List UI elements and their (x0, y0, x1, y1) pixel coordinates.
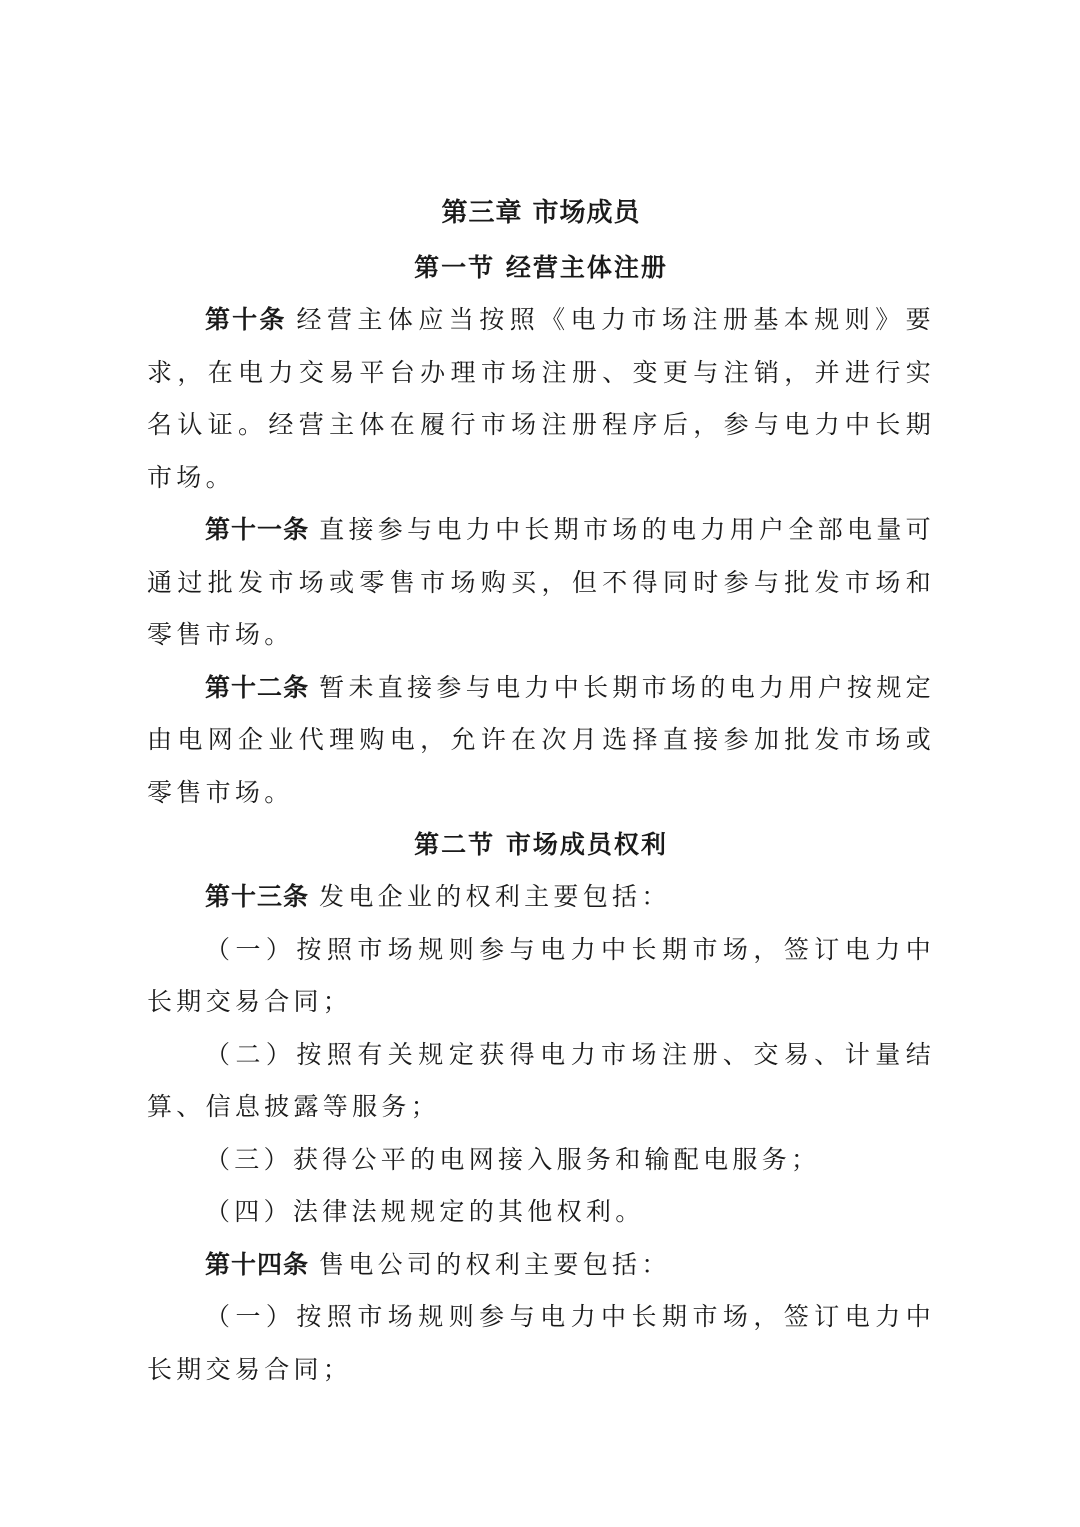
document-page: 第三章 市场成员 第一节 经营主体注册 第十条经营主体应当按照《电力市场注册基本… (147, 190, 935, 1396)
article-number: 第十二条 (205, 673, 309, 702)
list-item: （一）按照市场规则参与电力中长期市场，签订电力中长期交易合同； (147, 1291, 935, 1396)
list-item: （一）按照市场规则参与电力中长期市场，签订电力中长期交易合同； (147, 924, 935, 1029)
article-number: 第十条 (205, 305, 286, 334)
article-number: 第十四条 (205, 1250, 309, 1279)
list-item-text: （四）法律法规规定的其他权利。 (205, 1197, 645, 1226)
section-title: 第一节 经营主体注册 (147, 242, 935, 294)
article-text: 发电企业的权利主要包括： (319, 882, 671, 911)
list-item-text: （二）按照有关规定获得电力市场注册、交易、计量结算、信息披露等服务； (147, 1040, 935, 1122)
list-item-text: （一）按照市场规则参与电力中长期市场，签订电力中长期交易合同； (147, 1302, 935, 1384)
article-paragraph: 第十二条暂未直接参与电力中长期市场的电力用户按规定由电网企业代理购电，允许在次月… (147, 662, 935, 820)
article-paragraph: 第十三条发电企业的权利主要包括： (147, 871, 935, 924)
article-paragraph: 第十条经营主体应当按照《电力市场注册基本规则》要求，在电力交易平台办理市场注册、… (147, 294, 935, 504)
article-paragraph: 第十四条售电公司的权利主要包括： (147, 1239, 935, 1292)
section-title: 第二节 市场成员权利 (147, 819, 935, 871)
list-item-text: （三）获得公平的电网接入服务和输配电服务； (205, 1145, 820, 1174)
chapter-title: 第三章 市场成员 (147, 190, 935, 236)
article-paragraph: 第十一条直接参与电力中长期市场的电力用户全部电量可通过批发市场或零售市场购买，但… (147, 504, 935, 662)
list-item: （四）法律法规规定的其他权利。 (147, 1186, 935, 1239)
article-number: 第十一条 (205, 515, 309, 544)
list-item-text: （一）按照市场规则参与电力中长期市场，签订电力中长期交易合同； (147, 935, 935, 1017)
list-item: （二）按照有关规定获得电力市场注册、交易、计量结算、信息披露等服务； (147, 1029, 935, 1134)
article-number: 第十三条 (205, 882, 309, 911)
article-text: 售电公司的权利主要包括： (319, 1250, 671, 1279)
list-item: （三）获得公平的电网接入服务和输配电服务； (147, 1134, 935, 1187)
